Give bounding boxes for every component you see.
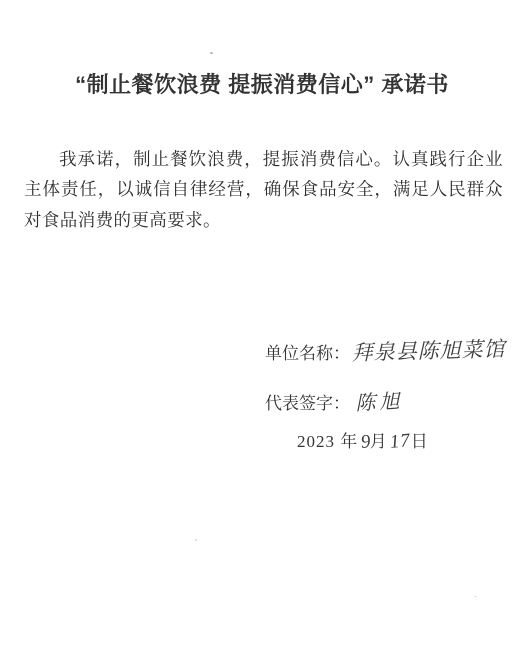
commitment-paragraph: 我承诺，制止餐饮浪费，提振消费信心。认真践行企业主体责任，以诚信自律经营，确保食… — [24, 144, 503, 236]
date-day-unit-printed: 日 — [411, 432, 429, 451]
representative-signature-label: 代表签字： — [265, 394, 350, 413]
date-line: 2023 年9月17日 — [297, 427, 429, 453]
scanned-document-page: “制止餐饮浪费 提振消费信心” 承诺书 我承诺，制止餐饮浪费，提振消费信心。认真… — [0, 0, 524, 657]
representative-signature-line: 代表签字：陈旭 — [265, 386, 404, 415]
date-year-printed: 2023 年 — [297, 432, 358, 451]
scan-speck — [474, 596, 477, 597]
document-title: “制止餐饮浪费 提振消费信心” 承诺书 — [0, 68, 524, 99]
representative-signature-handwritten: 陈旭 — [355, 385, 404, 416]
scan-speck — [210, 52, 213, 54]
date-day-handwritten: 17 — [389, 430, 412, 454]
scan-speck — [195, 539, 197, 541]
date-month-unit-printed: 月 — [370, 432, 388, 451]
unit-name-handwritten: 拜泉县陈旭菜馆 — [351, 333, 506, 367]
unit-name-label: 单位名称： — [265, 344, 350, 363]
unit-name-line: 单位名称：拜泉县陈旭菜馆 — [265, 336, 506, 366]
